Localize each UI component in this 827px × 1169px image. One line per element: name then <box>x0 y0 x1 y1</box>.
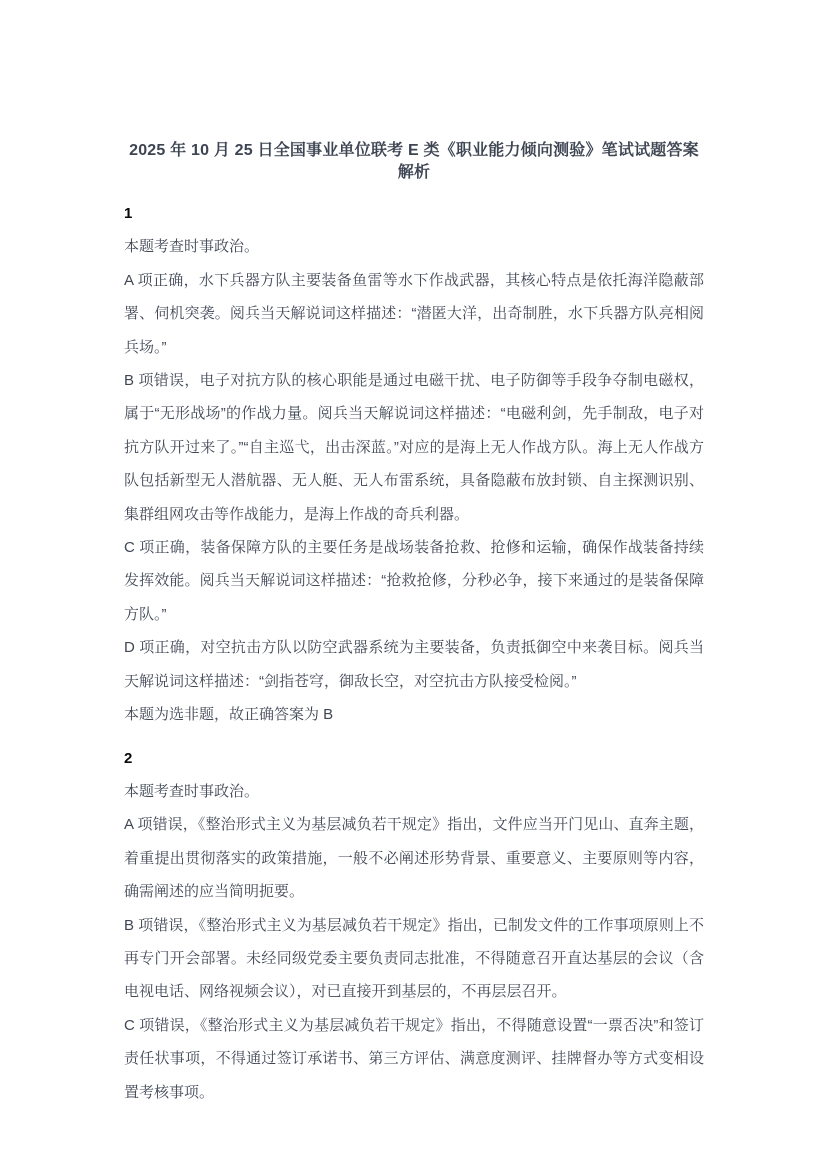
answer-paragraph: B 项错误，《整治形式主义为基层减负若干规定》指出，已制发文件的工作事项原则上不… <box>124 909 704 1009</box>
answer-paragraph: A 项错误，《整治形式主义为基层减负若干规定》指出，文件应当开门见山、直奔主题，… <box>124 808 704 908</box>
question-section-2: 2 本题考查时事政治。 A 项错误，《整治形式主义为基层减负若干规定》指出，文件… <box>124 742 704 1109</box>
answer-paragraph: B 项错误，电子对抗方队的核心职能是通过电磁干扰、电子防御等手段争夺制电磁权，属… <box>124 364 704 531</box>
question-number: 1 <box>124 197 704 230</box>
document-title: 2025 年 10 月 25 日全国事业单位联考 E 类《职业能力倾向测验》笔试… <box>124 140 704 184</box>
answer-paragraph: C 项错误，《整治形式主义为基层减负若干规定》指出，不得随意设置“一票否决”和签… <box>124 1009 704 1109</box>
document-page: 2025 年 10 月 25 日全国事业单位联考 E 类《职业能力倾向测验》笔试… <box>0 0 827 1169</box>
answer-paragraph: 本题考查时事政治。 <box>124 775 704 808</box>
answer-conclusion: 本题为选非题，故正确答案为 B <box>124 698 704 731</box>
question-section-1: 1 本题考查时事政治。 A 项正确，水下兵器方队主要装备鱼雷等水下作战武器，其核… <box>124 197 704 732</box>
answer-paragraph: C 项正确，装备保障方队的主要任务是战场装备抢救、抢修和运输，确保作战装备持续发… <box>124 531 704 631</box>
answer-paragraph: 本题考查时事政治。 <box>124 230 704 263</box>
answer-paragraph: D 项正确，对空抗击方队以防空武器系统为主要装备，负责抵御空中来袭目标。阅兵当天… <box>124 631 704 698</box>
answer-paragraph: A 项正确，水下兵器方队主要装备鱼雷等水下作战武器，其核心特点是依托海洋隐蔽部署… <box>124 264 704 364</box>
question-number: 2 <box>124 742 704 775</box>
